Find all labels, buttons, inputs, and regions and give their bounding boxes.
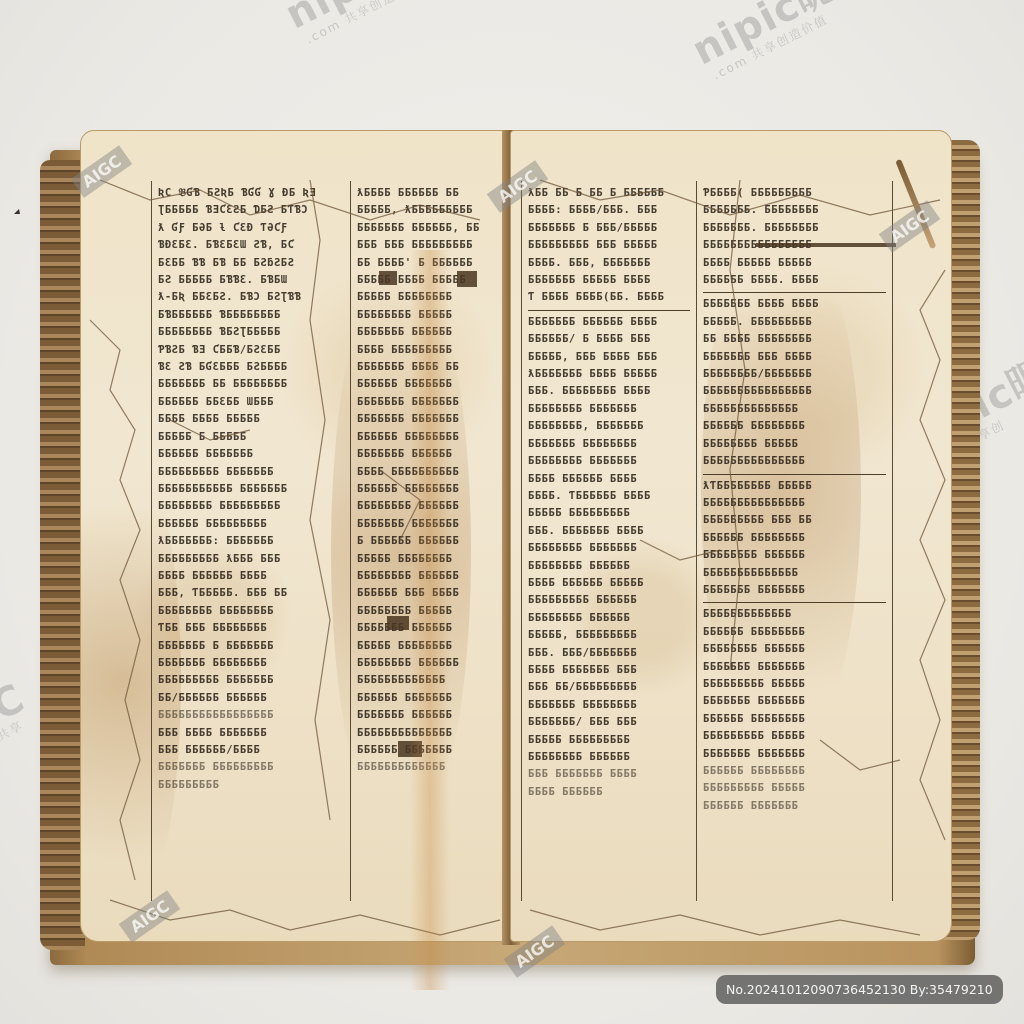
- open-book: ƦC 𝔅ƓƁ ƂƧƦƂ ƁƓƓ Ɣ ƉƂ ƦƎ ƮƂƂƂƂƂ ƁƎƇƐƧƂ ƊƂ…: [40, 120, 980, 970]
- left-page: ƦC 𝔅ƓƁ ƂƧƦƂ ƁƓƓ Ɣ ƉƂ ƦƎ ƮƂƂƂƂƂ ƁƎƇƐƧƂ ƊƂ…: [80, 130, 522, 942]
- image-id-badge: No.20241012090736452130 By:35479210: [716, 975, 1003, 1004]
- column-rule: [528, 310, 690, 311]
- column-rule: [703, 602, 886, 603]
- burn-spot: [379, 271, 397, 285]
- right-page-column-1: ƛƂƂ ƂƂ Ƃ ƂƂ Ƃ ƂƂƂƂƂƂ ƂƂƂƂ: ƂƂƂƂ/ƂƂƂ. ƂƂƂ…: [521, 181, 697, 901]
- column-rule: [703, 292, 886, 293]
- column-rule: [703, 474, 886, 475]
- burn-spot: [387, 616, 409, 630]
- burn-spot: [457, 271, 477, 287]
- water-stain-streak: [410, 250, 450, 990]
- page-edges-left: [40, 160, 85, 950]
- burn-spot: [756, 243, 896, 247]
- speck-mark: [14, 209, 20, 214]
- right-page-column-2: ƤƂƂƂƂ( ƂƂƂƂƂƂƂƂƂ ƂƂƂƂƂƂƂ. ƂƂƂƂƂƂƂƂ ƂƂƂƂƂ…: [697, 181, 893, 901]
- left-page-column-1: ƦC 𝔅ƓƁ ƂƧƦƂ ƁƓƓ Ɣ ƉƂ ƦƎ ƮƂƂƂƂƂ ƁƎƇƐƧƂ ƊƂ…: [151, 181, 351, 901]
- right-page: ƛƂƂ ƂƂ Ƃ ƂƂ Ƃ ƂƂƂƂƂƂ ƂƂƂƂ: ƂƂƂƂ/ƂƂƂ. ƂƂƂ…: [510, 130, 952, 942]
